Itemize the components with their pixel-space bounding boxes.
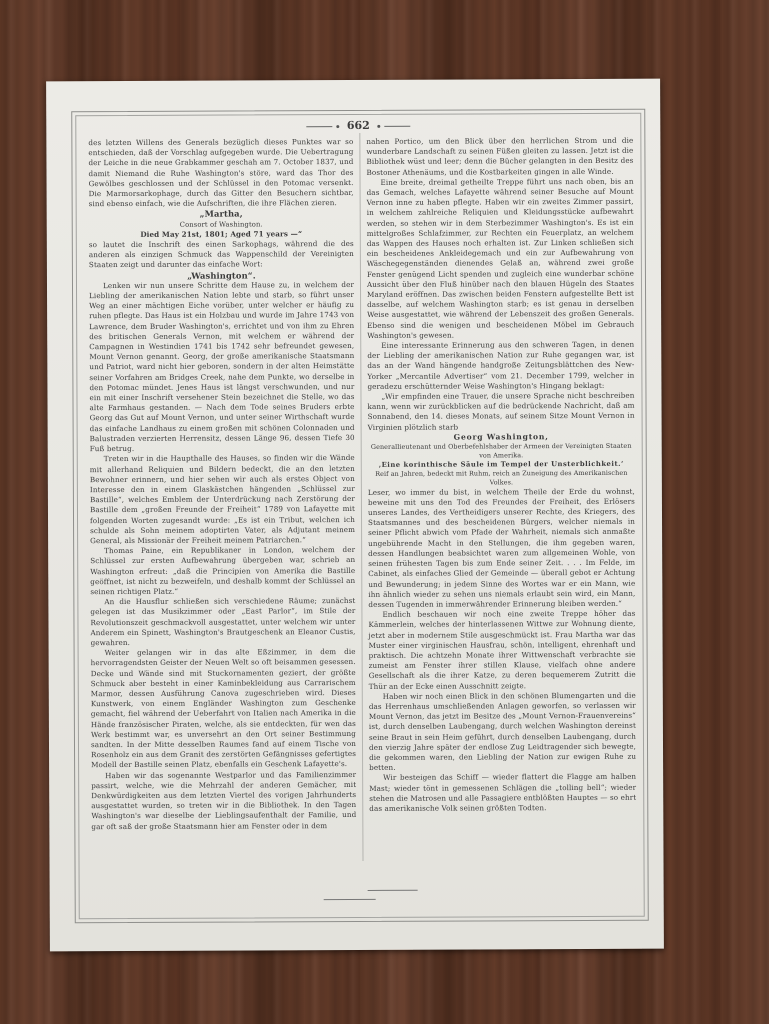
paragraph: Thomas Paine, ein Republikaner in London…	[90, 545, 355, 597]
printed-page: 662 des letzten Willens des Generals bez…	[46, 79, 664, 952]
paragraph: Lenken wir nun unsere Schritte dem Hause…	[89, 280, 355, 455]
paragraph: Haben wir das sogenannte Westparlor und …	[91, 770, 356, 832]
paragraph: Eine interessante Erinnerung aus den sch…	[367, 340, 634, 392]
paragraph: Haben wir noch einen Blick in den schöne…	[369, 691, 636, 774]
paragraph: so lautet die Inschrift des einen Sarkop…	[89, 239, 354, 271]
left-column: des letzten Willens des Generals bezügli…	[88, 137, 356, 832]
quote-paragraph: „Wir empfinden eine Trauer, die unsere S…	[367, 391, 634, 433]
header-ornament-dot	[377, 124, 380, 127]
paragraph: Endlich beschauen wir noch eine zweite T…	[368, 609, 635, 692]
paragraph: Wir besteigen das Schiff — wieder flatte…	[369, 772, 636, 814]
header-rule-right	[384, 125, 410, 126]
paragraph: Weiter gelangen wir in das alte Eßzimmer…	[91, 647, 357, 771]
paragraph: nahen Portico, um den Blick über den her…	[366, 136, 633, 178]
obituary-subline: Reif an Jahren, bedeckt mit Ruhm, reich …	[368, 469, 635, 487]
header-rule-left	[306, 126, 332, 127]
paragraph: Eine breite, dreimal getheilte Treppe fü…	[367, 177, 635, 341]
paragraph: des letzten Willens des Generals bezügli…	[88, 137, 353, 210]
header-ornament-dot	[336, 125, 339, 128]
paragraph: Treten wir in die Haupthalle des Hauses,…	[90, 453, 355, 546]
obituary-rank: Generallieutenant und Oberbefehlshaber d…	[368, 442, 635, 460]
right-column: nahen Portico, um den Blick über den her…	[366, 136, 636, 814]
page-number: 662	[347, 119, 370, 132]
quote-paragraph: Leser, wo immer du bist, in welchem Thei…	[368, 486, 636, 610]
paragraph: An die Hausflur schließen sich verschied…	[90, 596, 355, 648]
page-border-outer: 662 des letzten Willens des Generals bez…	[71, 109, 649, 923]
page-header: 662	[72, 118, 644, 133]
